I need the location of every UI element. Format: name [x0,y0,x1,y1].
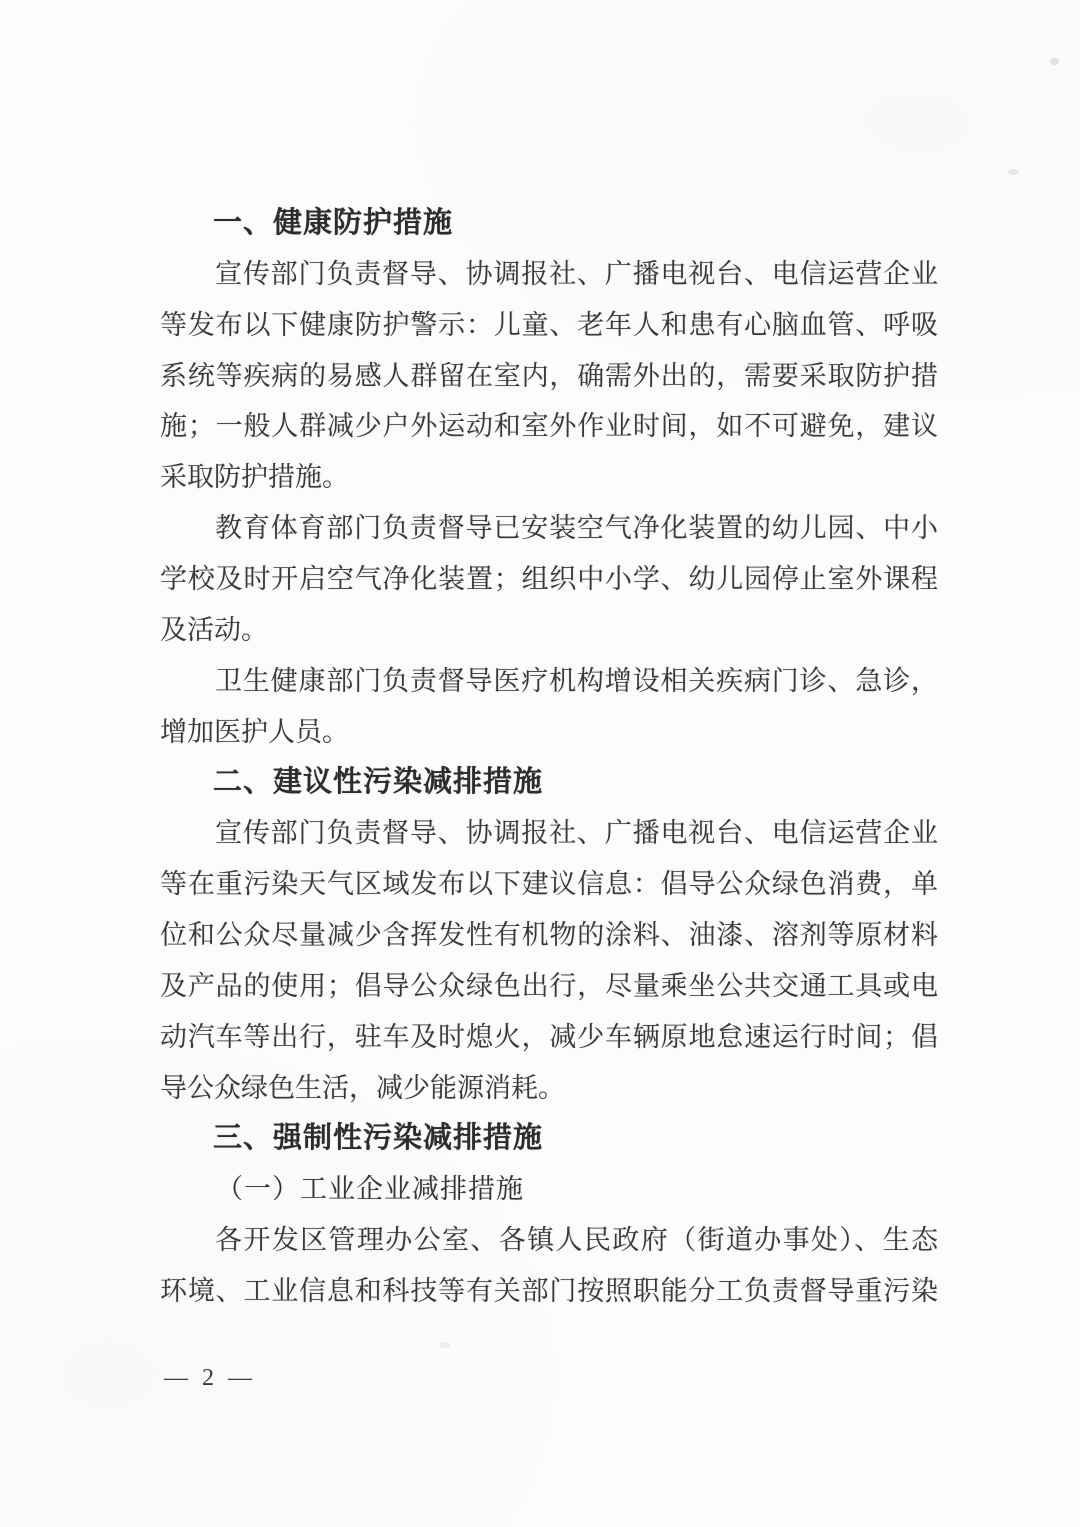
section-heading: 三、强制性污染减排措施 [160,1113,938,1164]
scan-artifact [440,1342,450,1348]
body-text-line: 学校及时开启空气净化装置；组织中小学、幼儿园停止室外课程 [160,554,938,605]
subsection-heading: （一）工业企业减排措施 [160,1164,938,1215]
body-text-line: 宣传部门负责督导、协调报社、广播电视台、电信运营企业 [160,808,938,859]
body-text-line: 等在重污染天气区域发布以下建议信息：倡导公众绿色消费，单 [160,859,938,910]
body-text-line: 施；一般人群减少户外运动和室外作业时间，如不可避免，建议 [160,401,938,452]
scan-artifact [1050,58,1059,65]
body-text-line: 教育体育部门负责督导已安装空气净化装置的幼儿园、中小 [160,503,938,554]
body-text-line: 卫生健康部门负责督导医疗机构增设相关疾病门诊、急诊， [160,656,938,707]
document-body: 一、健康防护措施宣传部门负责督导、协调报社、广播电视台、电信运营企业等发布以下健… [160,198,938,1317]
section-heading: 二、建议性污染减排措施 [160,757,938,808]
body-text-line: 及产品的使用；倡导公众绿色出行，尽量乘坐公共交通工具或电 [160,961,938,1012]
section-heading: 一、健康防护措施 [160,198,938,249]
body-text-line: 等发布以下健康防护警示：儿童、老年人和患有心脑血管、呼吸 [160,300,938,351]
page-number: — 2 — [164,1363,256,1393]
body-text-line: 位和公众尽量减少含挥发性有机物的涂料、油漆、溶剂等原材料 [160,910,938,961]
scan-artifact [1008,169,1019,175]
body-text-line: 增加医护人员。 [160,707,938,758]
body-text-line: 环境、工业信息和科技等有关部门按照职能分工负责督导重污染 [160,1266,938,1317]
body-text-line: 宣传部门负责督导、协调报社、广播电视台、电信运营企业 [160,249,938,300]
body-text-line: 及活动。 [160,605,938,656]
body-text-line: 动汽车等出行，驻车及时熄火，减少车辆原地怠速运行时间；倡 [160,1012,938,1063]
scanned-document-page: 一、健康防护措施宣传部门负责督导、协调报社、广播电视台、电信运营企业等发布以下健… [0,0,1080,1527]
body-text-line: 系统等疾病的易感人群留在室内，确需外出的，需要采取防护措 [160,351,938,402]
body-text-line: 各开发区管理办公室、各镇人民政府（街道办事处）、生态 [160,1215,938,1266]
body-text-line: 采取防护措施。 [160,452,938,503]
body-text-line: 导公众绿色生活，减少能源消耗。 [160,1063,938,1114]
